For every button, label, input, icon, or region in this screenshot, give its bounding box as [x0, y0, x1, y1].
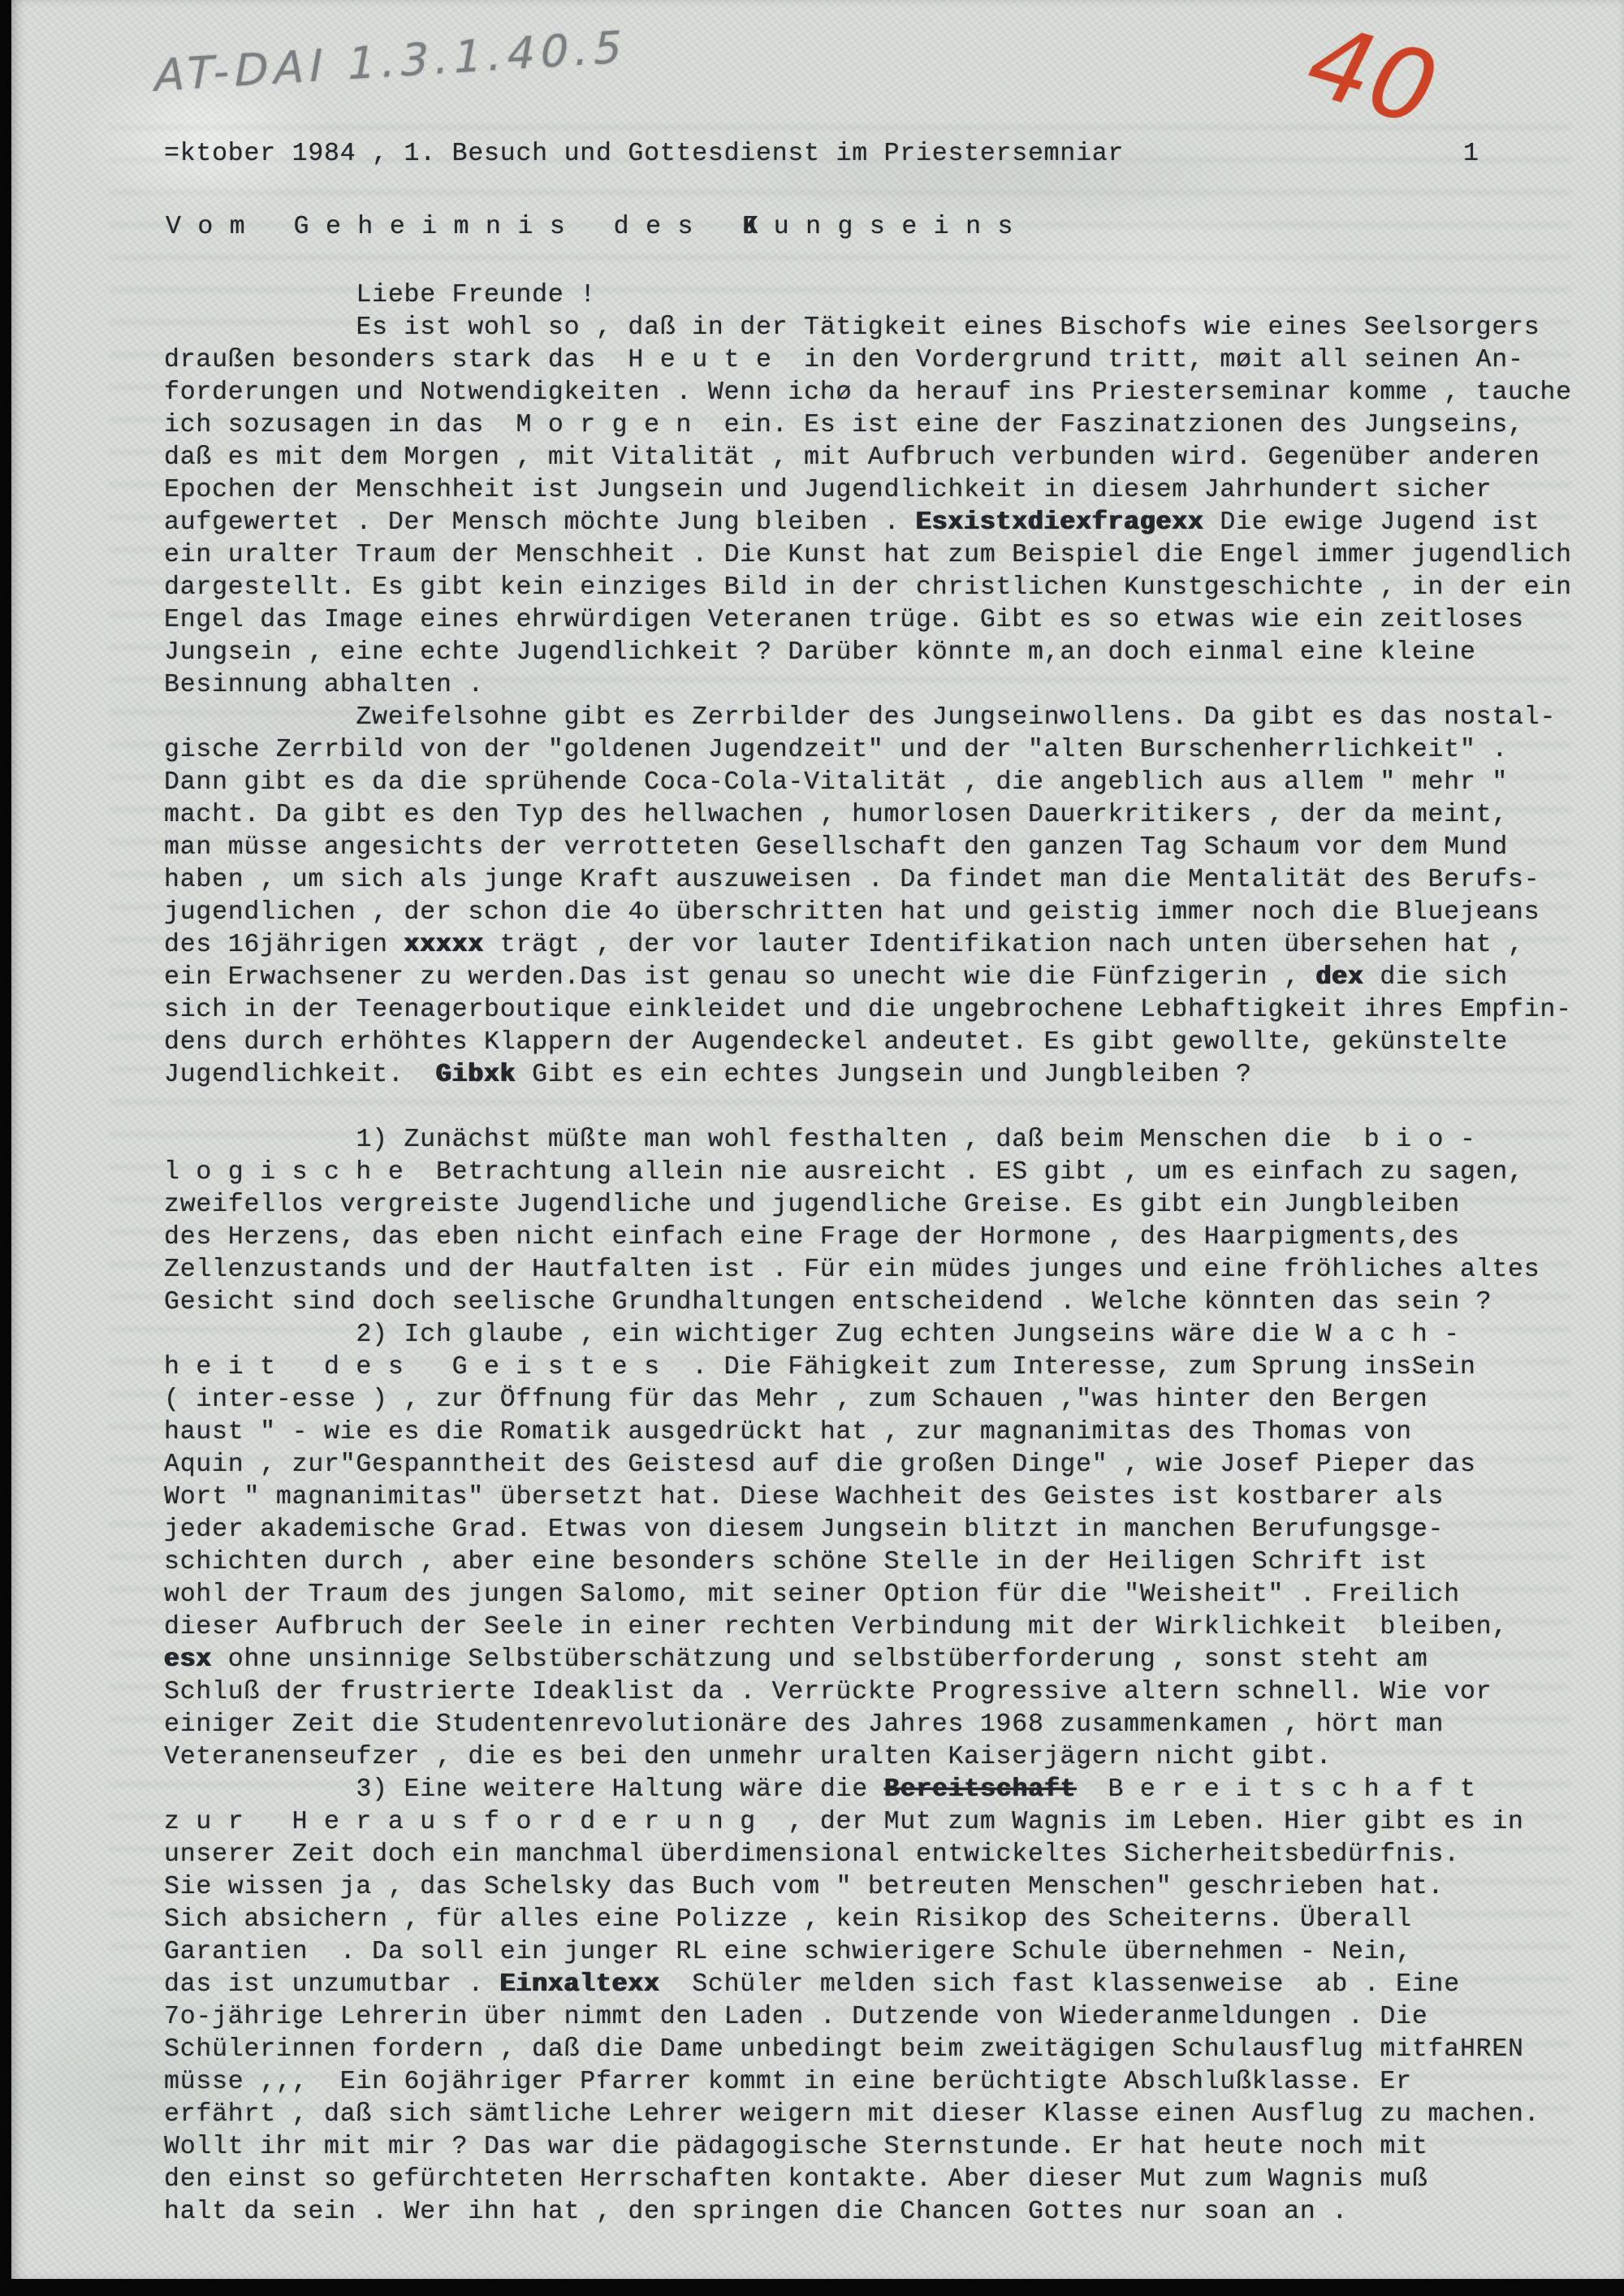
pencil-archive-reference: AT-DAI 1.3.1.40.5 — [154, 21, 628, 102]
document-header-line: =ktober 1984 , 1. Besuch und Gottesdiens… — [164, 140, 1544, 168]
body-text-segment: Schüler melden sich fast klassenweise ab… — [164, 1970, 1540, 2226]
title-letter-over: K — [742, 213, 758, 241]
body-text-segment: Gibt es ein echtes Jungsein und Jungblei… — [164, 1061, 1540, 1641]
body-text-segment: Gibxk — [436, 1061, 516, 1089]
body-text-segment: Liebe Freunde ! Es ist wohl so , daß in … — [164, 281, 1572, 537]
body-text-segment: esx — [164, 1645, 212, 1674]
body-text-segment: B e r e i t s c h a f t z u r H e r a u … — [164, 1775, 1524, 1999]
title-text-post: u n g s e i n s — [758, 213, 1013, 241]
document-title: V o m G e h e i m n i s d e s JK u n g s… — [166, 213, 1013, 241]
scanned-page: AT-DAI 1.3.1.40.5 40 =ktober 1984 , 1. B… — [11, 0, 1624, 2279]
scan-edge-bottom — [0, 2279, 1624, 2296]
title-text-pre: V o m G e h e i m n i s d e s — [166, 213, 741, 241]
body-text-segment: Esxistxdiexfragexx — [916, 508, 1204, 537]
body-text-segment: Einxaltexx — [500, 1970, 660, 1999]
red-handwritten-page-mark: 40 — [1289, 13, 1455, 138]
typewritten-body-text: Liebe Freunde ! Es ist wohl so , daß in … — [164, 279, 1624, 2229]
title-overstruck-letter: JK — [741, 213, 758, 241]
body-text-segment: dex — [1316, 963, 1364, 992]
body-text-segment: xxxxx — [404, 931, 485, 959]
body-text-segment: Bereitschaft — [884, 1775, 1076, 1804]
body-text-segment: Die ewige Jugend ist ein uralter Traum d… — [164, 508, 1572, 959]
scan-edge-left — [0, 0, 11, 2296]
page-number: 1 — [1463, 140, 1479, 168]
